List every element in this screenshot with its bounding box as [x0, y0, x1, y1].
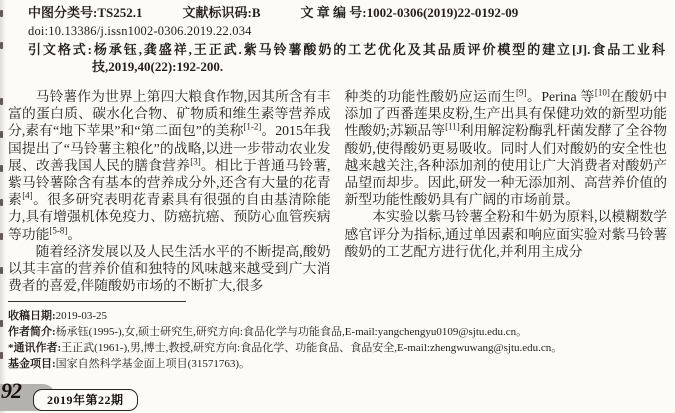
author-bio-value: 杨承钰(1995-),女,硕士研究生,研究方向:食品化学与功能食品,E-mail…	[56, 326, 527, 338]
citation-text: 杨承钰,龚盛祥,王正武.紫马铃薯酸奶的工艺优化及其品质评价模型的建立[J].食品…	[92, 42, 665, 74]
scan-artifact	[0, 199, 3, 206]
article-number-label: 文 章 编 号:	[301, 5, 367, 20]
reference-superscript: [10]	[595, 87, 610, 97]
paragraph-yogurt-market: 随着经济发展以及人民生活水平的不断提高,酸奶以其丰富的营养价值和独特的风味越来越…	[8, 243, 331, 295]
document-code-label: 文献标识码:	[183, 5, 252, 20]
article-number: 文 章 编 号:1002-0306(2019)22-0192-09	[301, 5, 519, 21]
corresponding-author-value: 王正武(1961-),男,博士,教授,研究方向:食品化学、功能食品、食品安全,E…	[61, 342, 562, 354]
scan-artifact	[0, 352, 3, 359]
footnote-separator	[8, 301, 186, 302]
scan-artifact	[0, 98, 3, 105]
document-code-value: B	[252, 5, 261, 20]
reference-superscript: [11]	[445, 122, 460, 132]
reference-superscript: [4]	[22, 191, 33, 201]
journal-paper-page: 中图分类号:TS252.1 文献标识码:B 文 章 编 号:1002-0306(…	[0, 0, 675, 413]
reference-superscript: [5-8]	[49, 225, 67, 235]
funding-value: 国家自然科学基金面上项目(31571763)。	[56, 358, 250, 370]
received-date-label: 收稿日期:	[8, 310, 56, 322]
page-number: 92	[1, 378, 21, 404]
classification-line: 中图分类号:TS252.1 文献标识码:B 文 章 编 号:1002-0306(…	[28, 5, 665, 21]
paragraph-intro-potato: 马铃薯作为世界上第四大粮食作物,因其所含有丰富的蛋白质、碳水化合物、矿物质和维生…	[8, 88, 331, 243]
clc-label: 中图分类号:	[28, 5, 97, 20]
issue-badge: 2019年第22期	[33, 389, 138, 411]
citation-line: 引文格式:杨承钰,龚盛祥,王正武.紫马铃薯酸奶的工艺优化及其品质评价模型的建立[…	[28, 42, 665, 75]
reference-superscript: [1-2]	[243, 122, 261, 132]
author-bio-label: 作者简介:	[8, 326, 56, 338]
document-code: 文献标识码:B	[183, 5, 261, 21]
received-date-line: 收稿日期:2019-03-25	[8, 308, 671, 324]
clc-value: TS252.1	[97, 5, 142, 20]
scan-artifact	[0, 42, 3, 49]
corresponding-author-line: *通讯作者:王正武(1961-),男,博士,教授,研究方向:食品化学、功能食品、…	[8, 340, 671, 356]
article-body: 马铃薯作为世界上第四大粮食作物,因其所含有丰富的蛋白质、碳水化合物、矿物质和维生…	[8, 88, 667, 294]
clc-number: 中图分类号:TS252.1	[28, 5, 143, 21]
scan-artifact	[0, 267, 3, 274]
scan-artifact	[0, 131, 3, 138]
footnote-block: 收稿日期:2019-03-25 作者简介:杨承钰(1995-),女,硕士研究生,…	[8, 308, 671, 372]
article-number-value: 1002-0306(2019)22-0192-09	[367, 5, 519, 20]
funding-label: 基金项目:	[8, 358, 56, 370]
right-column: 种类的功能性酸奶应运而生[9]。Perina 等[10]在酸奶中添加了西番莲果皮…	[345, 88, 668, 294]
article-meta-header: 中图分类号:TS252.1 文献标识码:B 文 章 编 号:1002-0306(…	[28, 5, 665, 75]
author-bio-line: 作者简介:杨承钰(1995-),女,硕士研究生,研究方向:食品化学与功能食品,E…	[8, 324, 671, 340]
received-date-value: 2019-03-25	[56, 310, 107, 322]
scan-artifact	[0, 320, 3, 327]
citation-label: 引文格式:	[28, 42, 92, 57]
paragraph-experiment-overview: 本实验以紫马铃薯全粉和牛奶为原料,以模糊数学感官评分为指标,通过单因素和响应面实…	[345, 208, 668, 260]
corresponding-author-label: *通讯作者:	[8, 342, 61, 354]
left-column: 马铃薯作为世界上第四大粮食作物,因其所含有丰富的蛋白质、碳水化合物、矿物质和维生…	[8, 88, 331, 294]
scan-artifact	[0, 233, 3, 240]
doi-line: doi:10.13386/j.issn1002-0306.2019.22.034	[28, 23, 665, 39]
reference-superscript: [3]	[190, 156, 201, 166]
paragraph-functional-yogurt: 种类的功能性酸奶应运而生[9]。Perina 等[10]在酸奶中添加了西番莲果皮…	[345, 88, 668, 208]
scan-artifact	[0, 10, 3, 17]
scan-artifact	[0, 165, 3, 172]
funding-line: 基金项目:国家自然科学基金面上项目(31571763)。	[8, 356, 671, 372]
reference-superscript: [9]	[516, 87, 527, 97]
